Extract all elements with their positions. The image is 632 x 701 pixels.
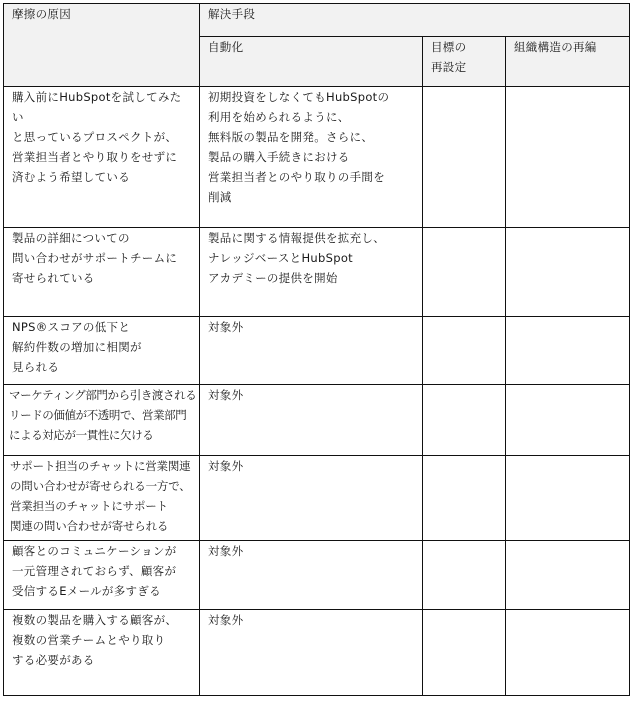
- automation-cell: 対象外: [200, 385, 423, 456]
- automation-cell: 対象外: [200, 610, 423, 696]
- header-automation: 自動化: [200, 37, 423, 87]
- reset-goals-cell: [423, 317, 506, 385]
- reset-goals-cell: [423, 228, 506, 317]
- table-row: サポート担当のチャットに営業関連 の問い合わせが寄せられる一方で、 営業担当のチ…: [4, 456, 630, 541]
- cause-cell: 顧客とのコミュニケーションが 一元管理されておらず、顧客が 受信するEメールが多…: [4, 541, 200, 610]
- table-row: マーケティング部門から引き渡される リードの価値が不透明で、営業部門 による対応…: [4, 385, 630, 456]
- reorg-cell: [506, 456, 630, 541]
- reset-goals-cell: [423, 456, 506, 541]
- table-row: 顧客とのコミュニケーションが 一元管理されておらず、顧客が 受信するEメールが多…: [4, 541, 630, 610]
- cause-cell: マーケティング部門から引き渡される リードの価値が不透明で、営業部門 による対応…: [4, 385, 200, 456]
- reset-goals-cell: [423, 87, 506, 228]
- header-cause: 摩擦の原因: [4, 4, 200, 87]
- header-reorg: 組織構造の再編: [506, 37, 630, 87]
- reorg-cell: [506, 228, 630, 317]
- reset-goals-cell: [423, 541, 506, 610]
- reorg-cell: [506, 541, 630, 610]
- header-reset-goals: 目標の 再設定: [423, 37, 506, 87]
- reorg-cell: [506, 385, 630, 456]
- cause-cell: 購入前にHubSpotを試してみたい と思っているプロスペクトが、 営業担当者と…: [4, 87, 200, 228]
- reset-goals-cell: [423, 610, 506, 696]
- cause-cell: サポート担当のチャットに営業関連 の問い合わせが寄せられる一方で、 営業担当のチ…: [4, 456, 200, 541]
- table-row: 製品の詳細についての 問い合わせがサポートチームに 寄せられている 製品に関する…: [4, 228, 630, 317]
- cause-cell: 製品の詳細についての 問い合わせがサポートチームに 寄せられている: [4, 228, 200, 317]
- reset-goals-cell: [423, 385, 506, 456]
- automation-cell: 初期投資をしなくてもHubSpotの 利用を始められるように、 無料版の製品を開…: [200, 87, 423, 228]
- header-row: 摩擦の原因 解決手段: [4, 4, 630, 37]
- friction-solution-table: 摩擦の原因 解決手段 自動化 目標の 再設定 組織構造の再編 購入前にHubSp…: [3, 3, 630, 696]
- reorg-cell: [506, 87, 630, 228]
- automation-cell: 対象外: [200, 541, 423, 610]
- automation-cell: 対象外: [200, 317, 423, 385]
- cause-cell: 複数の製品を購入する顧客が、 複数の営業チームとやり取り する必要がある: [4, 610, 200, 696]
- table-row: 購入前にHubSpotを試してみたい と思っているプロスペクトが、 営業担当者と…: [4, 87, 630, 228]
- table-row: 複数の製品を購入する顧客が、 複数の営業チームとやり取り する必要がある 対象外: [4, 610, 630, 696]
- table-row: NPS®スコアの低下と 解約件数の増加に相関が 見られる 対象外: [4, 317, 630, 385]
- header-solution: 解決手段: [200, 4, 630, 37]
- automation-cell: 対象外: [200, 456, 423, 541]
- automation-cell: 製品に関する情報提供を拡充し、 ナレッジベースとHubSpot アカデミーの提供…: [200, 228, 423, 317]
- reorg-cell: [506, 317, 630, 385]
- cause-cell: NPS®スコアの低下と 解約件数の増加に相関が 見られる: [4, 317, 200, 385]
- reorg-cell: [506, 610, 630, 696]
